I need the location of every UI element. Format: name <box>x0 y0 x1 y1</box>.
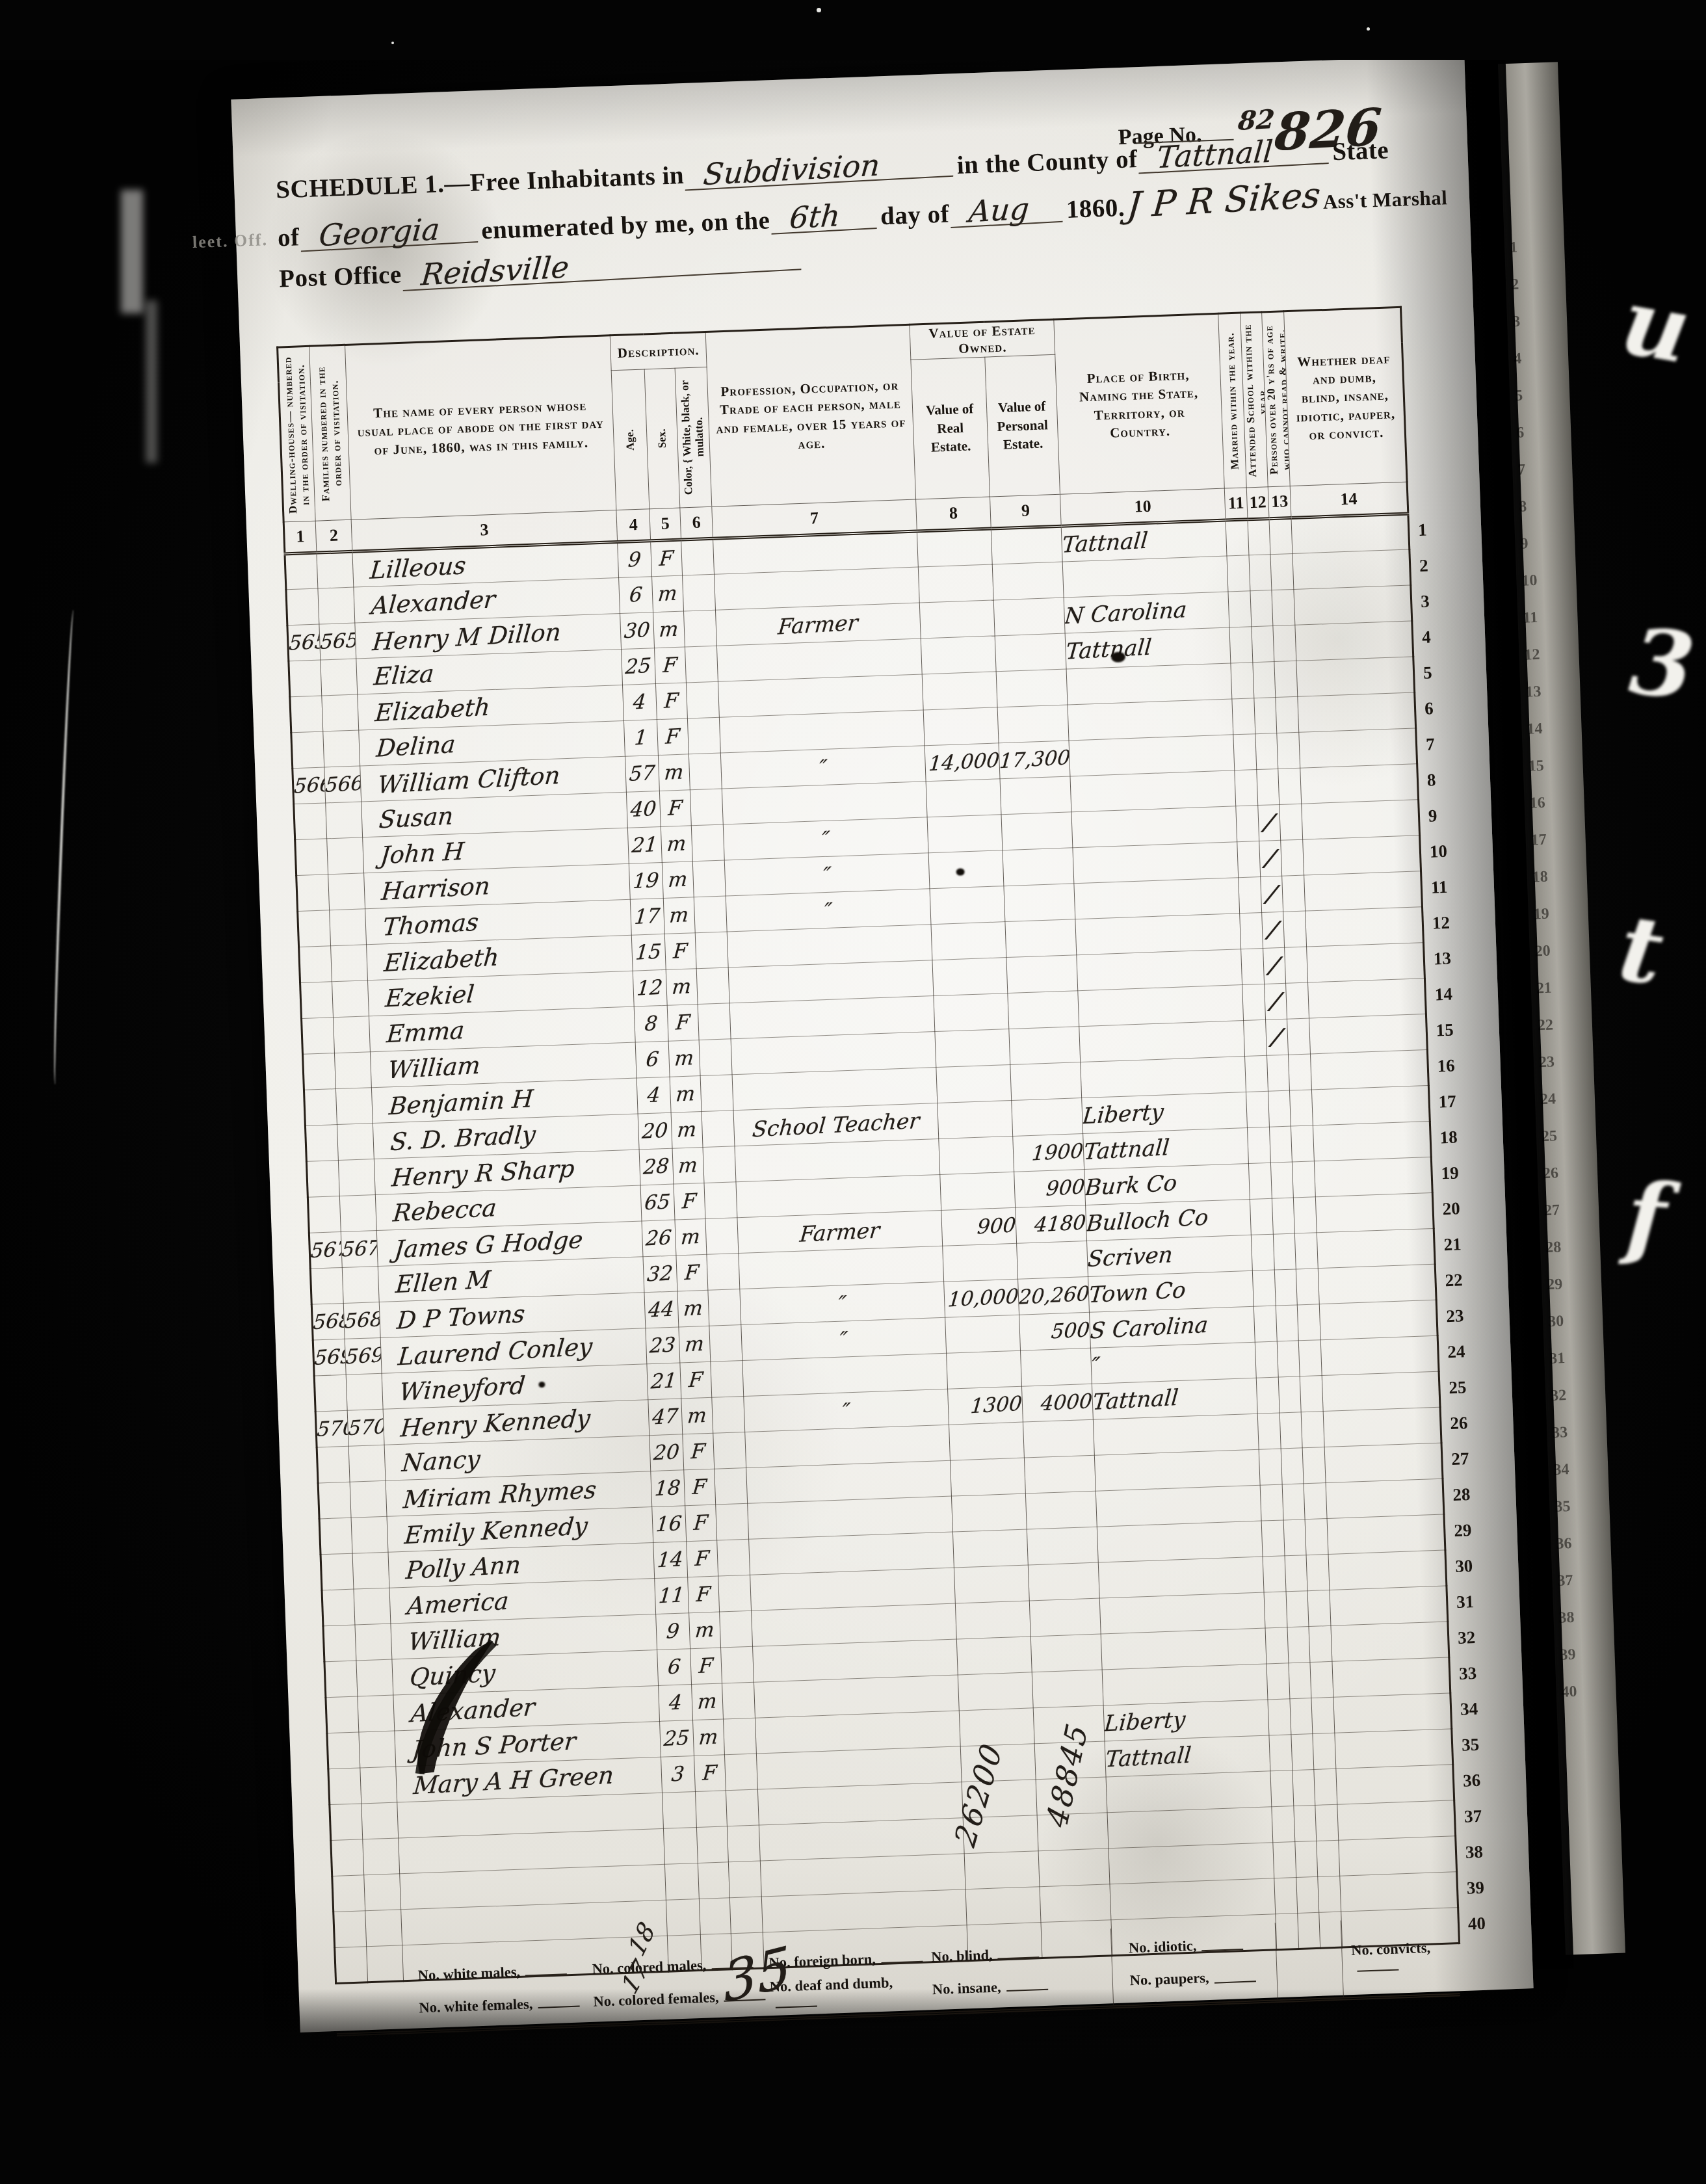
cell-real-estate <box>922 672 997 710</box>
cell-dwelling-number <box>330 1804 363 1841</box>
cell-illiterate <box>1289 1090 1313 1126</box>
cell-dwelling-number <box>331 1839 364 1876</box>
cell-family-number <box>327 837 364 875</box>
cell-color <box>705 1218 739 1255</box>
cell-married <box>1269 1735 1293 1771</box>
cell-color <box>718 1575 752 1612</box>
cell-remarks <box>1295 621 1413 661</box>
cell-birthplace: Tattnall <box>1105 1735 1270 1777</box>
cell-sex: m <box>675 1218 707 1256</box>
cell-sex: F <box>674 1183 705 1220</box>
cell-attended-school <box>1255 733 1278 769</box>
county-field: Tattnall <box>1138 135 1331 174</box>
cell-remarks <box>1313 1121 1431 1161</box>
line-number: 33 <box>1459 1663 1477 1684</box>
line-number: 14 <box>1434 984 1452 1005</box>
cell-personal-estate <box>1023 1419 1094 1458</box>
cell-family-number <box>352 1552 389 1589</box>
cell-personal-estate <box>1000 776 1071 815</box>
cell-remarks <box>1299 728 1417 768</box>
cell-remarks <box>1315 1192 1434 1232</box>
cell-age: 6 <box>635 1041 670 1078</box>
cell-married <box>1266 1663 1290 1700</box>
cell-sex: F <box>657 718 689 756</box>
cell-dwelling-number <box>322 1589 355 1626</box>
cell-attended-school: / <box>1266 1019 1289 1055</box>
cell-attended-school <box>1270 1162 1293 1198</box>
day-field: 6th <box>771 200 879 235</box>
cell-sex: F <box>680 1362 712 1399</box>
cell-birthplace <box>1106 1771 1272 1813</box>
page-no-handwritten-small: 82 <box>1237 104 1276 137</box>
line-number: 11 <box>1430 877 1448 898</box>
cell-family-number <box>334 1052 371 1089</box>
cell-real-estate <box>947 1350 1022 1389</box>
cell-real-estate <box>921 636 996 674</box>
cell-color <box>683 574 716 611</box>
column-number: 12 <box>1246 487 1269 520</box>
cell-sex: F <box>690 1648 722 1685</box>
column-number: 1 <box>283 521 317 554</box>
cell-illiterate <box>1300 1376 1323 1412</box>
cell-personal-estate: 17,300 <box>999 741 1070 779</box>
cell-age: 17 <box>630 898 664 935</box>
cell-married <box>1252 1270 1276 1306</box>
cell-dwelling-number <box>328 1768 361 1805</box>
cell-remarks <box>1302 800 1420 839</box>
column-number: 11 <box>1224 488 1248 520</box>
cell-attended-school <box>1248 519 1270 555</box>
cell-age: 21 <box>627 826 662 863</box>
cell-illiterate <box>1309 1625 1332 1662</box>
cell-sex: m <box>670 1076 702 1113</box>
cell-attended-school <box>1272 1198 1294 1234</box>
cell-married <box>1265 1627 1289 1664</box>
line-number: 5 <box>1423 663 1433 683</box>
cell-sex: m <box>663 897 695 934</box>
cell-real-estate <box>939 1136 1014 1174</box>
cell-personal-estate <box>1017 1241 1088 1279</box>
cell-remarks <box>1308 979 1426 1018</box>
line-number: 35 <box>1462 1735 1480 1756</box>
cell-color <box>716 1503 749 1540</box>
cell-married <box>1237 841 1261 878</box>
line-number: 30 <box>1455 1556 1473 1577</box>
cell-birthplace: Bulloch Co <box>1086 1199 1252 1241</box>
cell-birthplace <box>1077 949 1242 991</box>
group-header-estate: Value of Estate Owned. <box>910 319 1055 360</box>
state-label: State <box>1332 136 1389 166</box>
cell-married <box>1268 1699 1291 1735</box>
line-number: 21 <box>1443 1234 1462 1255</box>
cell-attended-school <box>1282 1484 1305 1520</box>
ink-smear <box>395 1632 544 1787</box>
film-frame-bottom <box>0 1989 1706 2184</box>
cell-real-estate <box>943 1243 1018 1282</box>
cell-illiterate <box>1282 875 1306 912</box>
cell-remarks <box>1330 1586 1448 1625</box>
subdivision-field: Subdivision <box>685 148 956 191</box>
cell-illiterate <box>1272 589 1295 625</box>
cell-illiterate <box>1317 1840 1340 1876</box>
cell-dwelling-number <box>308 1196 341 1233</box>
cell-married <box>1241 948 1265 984</box>
cell-family-number <box>348 1445 386 1482</box>
cell-married <box>1228 591 1252 627</box>
cell-married <box>1255 1341 1278 1378</box>
cell-real-estate <box>926 779 1001 817</box>
cell-illiterate <box>1302 1447 1326 1484</box>
cell-color <box>702 1111 735 1148</box>
cell-married <box>1239 877 1262 914</box>
column-number: 4 <box>616 509 651 542</box>
cell-age: 9 <box>618 541 652 578</box>
day-of-label: day of <box>880 200 949 231</box>
cell-married <box>1264 1592 1287 1628</box>
cell-age: 25 <box>660 1720 694 1757</box>
cell-family-number <box>354 1588 391 1625</box>
cell-married <box>1246 1091 1270 1127</box>
cell-personal-estate <box>1006 955 1078 993</box>
cell-birthplace: S Carolina <box>1090 1306 1255 1348</box>
cell-remarks <box>1322 1371 1440 1411</box>
cell-birthplace <box>1096 1485 1261 1527</box>
paupers-label: No. paupers, <box>1129 1969 1209 1989</box>
cell-family-number <box>317 551 354 588</box>
cell-attended-school <box>1294 1805 1317 1841</box>
column-number: 9 <box>990 494 1062 529</box>
cell-personal-estate <box>995 633 1066 672</box>
cell-family-number <box>326 802 363 839</box>
cell-sex: F <box>687 1540 718 1577</box>
cell-family-number <box>332 980 369 1018</box>
cell-color <box>692 860 726 897</box>
cell-dwelling-number: 570 <box>315 1410 348 1447</box>
cell-attended-school <box>1274 1269 1297 1306</box>
cell-sex: m <box>661 826 692 863</box>
tally-narrow-block <box>1275 1921 1343 2000</box>
group-header-description: Description. <box>610 332 707 371</box>
cell-real-estate <box>918 564 993 603</box>
cell-birthplace <box>1098 1557 1264 1598</box>
cell-attended-school <box>1252 626 1274 663</box>
cell-dwelling-number <box>302 1053 335 1090</box>
cell-illiterate <box>1315 1804 1339 1841</box>
cell-birthplace <box>1097 1521 1263 1562</box>
cell-age: 11 <box>655 1577 689 1614</box>
cell-attended-school <box>1286 1591 1309 1627</box>
cell-married <box>1235 770 1258 806</box>
film-mark-2: 3 <box>1625 608 1699 720</box>
cell-real-estate <box>927 815 1003 853</box>
line-number: 28 <box>1452 1484 1471 1505</box>
cell-personal-estate <box>1038 1849 1110 1887</box>
schedule-header: SCHEDULE 1.—Free Inhabitants in Subdivis… <box>276 133 1443 303</box>
cell-sex <box>695 1791 727 1828</box>
cell-age: 30 <box>620 612 655 650</box>
cell-illiterate <box>1305 1518 1328 1555</box>
cell-married <box>1226 520 1249 556</box>
cell-family-number <box>359 1731 396 1768</box>
film-mark-3: t <box>1613 895 1670 1006</box>
cell-color <box>698 1003 731 1040</box>
cell-remarks <box>1298 692 1416 732</box>
cell-married <box>1256 1377 1279 1414</box>
cell-family-number <box>331 945 368 982</box>
col-header-remarks: Whether deaf and dumb, blind, insane, id… <box>1284 307 1408 486</box>
cell-married <box>1242 984 1266 1020</box>
line-number: 34 <box>1460 1699 1478 1720</box>
cell-married <box>1260 1484 1283 1521</box>
cell-color <box>700 1075 733 1112</box>
cell-sex: m <box>693 1719 725 1756</box>
cell-illiterate <box>1314 1769 1337 1805</box>
line-number: 8 <box>1426 770 1436 790</box>
cell-color <box>726 1789 759 1826</box>
cell-real-estate <box>951 1458 1026 1496</box>
line-number: 31 <box>1456 1592 1475 1612</box>
cell-illiterate <box>1294 1233 1318 1269</box>
cell-personal-estate <box>1012 1098 1083 1137</box>
cell-dwelling-number <box>286 588 319 625</box>
line-number: 17 <box>1438 1091 1456 1112</box>
cell-remarks <box>1306 907 1424 947</box>
column-number: 8 <box>916 497 991 531</box>
cell-real-estate <box>955 1601 1030 1639</box>
cell-birthplace: Liberty <box>1082 1092 1248 1134</box>
cell-personal-estate <box>1001 812 1073 850</box>
cell-illiterate <box>1297 1304 1320 1341</box>
col-header-real-estate: Value of Real Estate. <box>911 357 990 499</box>
cell-family-number <box>323 730 360 767</box>
cell-remarks <box>1314 1157 1432 1196</box>
cell-family-number: 570 <box>347 1409 384 1446</box>
cell-family-number <box>321 659 358 696</box>
cell-family-number <box>338 1159 375 1196</box>
cell-age: 40 <box>626 791 661 828</box>
cell-remarks <box>1304 871 1423 911</box>
cell-birthplace <box>1068 699 1233 741</box>
cell-birthplace <box>1093 1414 1259 1455</box>
cell-remarks <box>1309 1014 1428 1054</box>
cell-dwelling-number <box>334 1911 367 1948</box>
cell-personal-estate <box>1040 1884 1111 1923</box>
cell-color <box>685 646 718 683</box>
cell-family-number <box>322 694 359 731</box>
cell-color <box>709 1325 742 1362</box>
cell-dwelling-number <box>296 875 330 912</box>
line-number: 23 <box>1446 1306 1464 1326</box>
cell-attended-school <box>1281 1448 1304 1484</box>
cell-dwelling-number <box>321 1553 354 1590</box>
cell-illiterate <box>1289 1054 1312 1090</box>
cell-age: 19 <box>629 862 663 899</box>
cell-age: 15 <box>631 934 666 971</box>
line-number: 27 <box>1451 1449 1469 1469</box>
cell-age: 18 <box>651 1470 685 1507</box>
cell-illiterate <box>1278 768 1302 804</box>
line-number: 39 <box>1466 1878 1484 1899</box>
cell-remarks <box>1303 835 1421 875</box>
convicts-label: No. convicts, <box>1351 1940 1431 1958</box>
cell-color <box>723 1718 756 1755</box>
cell-dwelling-number <box>318 1482 351 1519</box>
cell-remarks <box>1311 1085 1430 1125</box>
blind-label: No. blind, <box>931 1947 993 1965</box>
cell-dwelling-number: 569 <box>313 1339 346 1376</box>
cell-dwelling-number <box>332 1875 365 1912</box>
cell-sex: F <box>685 1505 717 1542</box>
cell-age: 6 <box>657 1649 692 1686</box>
cell-real-estate <box>940 1172 1016 1210</box>
cell-birthplace <box>1075 914 1241 955</box>
cell-age: 3 <box>661 1756 696 1793</box>
cell-married <box>1250 1198 1273 1235</box>
film-mark-1: u <box>1614 268 1698 384</box>
cell-illiterate <box>1296 1269 1319 1305</box>
cell-illiterate <box>1277 732 1300 769</box>
cell-family-number <box>350 1480 387 1518</box>
cell-personal-estate <box>996 669 1068 707</box>
cell-sex: F <box>667 1005 699 1042</box>
cell-personal-estate <box>1028 1562 1099 1601</box>
cell-remarks <box>1319 1300 1437 1339</box>
cell-dwelling-number <box>306 1161 339 1198</box>
cell-sex: m <box>679 1326 711 1363</box>
cell-birthplace <box>1070 770 1236 812</box>
cell-personal-estate: 4180 <box>1016 1205 1087 1243</box>
margin-bleed-text: leet. Off. <box>192 230 269 252</box>
cell-dwelling-number <box>302 1018 335 1055</box>
month-field: Aug <box>951 194 1065 228</box>
cell-sex: m <box>671 1112 703 1149</box>
cell-remarks <box>1327 1514 1445 1554</box>
cell-age <box>662 1792 696 1829</box>
cell-family-number <box>328 873 365 910</box>
column-number: 13 <box>1268 486 1291 519</box>
cell-sex: F <box>676 1254 708 1291</box>
cell-family-number <box>361 1802 399 1839</box>
line-number: 25 <box>1449 1377 1467 1398</box>
cell-dwelling-number <box>298 910 331 947</box>
cell-married <box>1259 1449 1282 1485</box>
cell-family-number <box>365 1910 402 1947</box>
cell-married <box>1233 734 1257 770</box>
cell-age: 16 <box>652 1506 687 1543</box>
year-label: 1860. <box>1066 194 1125 224</box>
cell-remarks <box>1318 1264 1436 1304</box>
cell-family-number <box>346 1373 383 1410</box>
cell-sex: m <box>677 1290 709 1327</box>
cell-attended-school <box>1289 1663 1311 1699</box>
cell-illiterate <box>1276 696 1299 733</box>
cell-attended-school: / <box>1259 840 1282 876</box>
col-header-occupation: Profession, Occupation, or Trade of each… <box>705 324 915 507</box>
cell-personal-estate: 500 <box>1019 1312 1091 1350</box>
cell-remarks <box>1320 1335 1439 1375</box>
cell-personal-estate <box>1027 1527 1098 1565</box>
cell-real-estate <box>917 529 992 567</box>
cell-age: 8 <box>634 1005 668 1042</box>
line-number: 16 <box>1437 1056 1455 1077</box>
column-number: 14 <box>1290 482 1408 518</box>
cell-color <box>707 1254 740 1291</box>
cell-color <box>727 1825 760 1862</box>
cell-sex <box>698 1862 729 1899</box>
line-number: 37 <box>1464 1806 1482 1827</box>
cell-remarks <box>1336 1765 1454 1804</box>
cell-color <box>724 1754 757 1791</box>
line-number: 38 <box>1465 1842 1484 1863</box>
cell-attended-school <box>1278 1376 1301 1413</box>
cell-color <box>708 1289 741 1326</box>
cell-color <box>711 1361 744 1398</box>
post-office-field: Reidsville <box>402 241 803 291</box>
cell-attended-school <box>1293 1769 1315 1806</box>
cell-personal-estate <box>992 562 1064 600</box>
cell-dwelling-number: 566 <box>293 767 326 804</box>
cell-dwelling-number <box>327 1732 360 1769</box>
line-number: 15 <box>1436 1020 1454 1041</box>
cell-personal-estate <box>1029 1598 1101 1637</box>
cell-dwelling-number <box>310 1267 343 1304</box>
cell-attended-school <box>1268 1090 1291 1127</box>
cell-age: 20 <box>650 1434 684 1471</box>
microfilm-background: leet. Off. u 3 t f 123456789101112131415… <box>0 0 1706 2184</box>
cell-dwelling-number <box>289 660 322 697</box>
line-number: 19 <box>1441 1163 1459 1183</box>
cell-dwelling-number <box>324 1661 358 1698</box>
cell-birthplace <box>1102 1664 1268 1705</box>
cell-real-estate <box>935 1029 1010 1068</box>
film-streak <box>121 190 143 313</box>
cell-family-number <box>360 1767 397 1804</box>
cell-color <box>687 717 720 754</box>
cell-sex: F <box>684 1469 716 1506</box>
cell-birthplace: Tattnall <box>1061 520 1227 562</box>
cell-illiterate <box>1270 553 1294 590</box>
line-number: 29 <box>1454 1520 1472 1541</box>
cell-birthplace: Tattnall <box>1065 627 1231 669</box>
cell-family-number <box>358 1695 395 1732</box>
cell-remarks <box>1328 1550 1447 1590</box>
cell-remarks <box>1331 1622 1449 1661</box>
cell-color <box>703 1146 736 1183</box>
cell-personal-estate <box>1030 1634 1102 1672</box>
cell-married <box>1227 555 1250 592</box>
cell-real-estate <box>919 600 995 638</box>
line-number: 2 <box>1419 556 1429 576</box>
cell-real-estate <box>923 707 999 746</box>
cell-dwelling-number <box>326 1696 359 1733</box>
cell-dwelling-number: 567 <box>309 1231 342 1269</box>
col-header-personal-estate: Value of Personal Estate. <box>985 354 1060 497</box>
line-number: 24 <box>1447 1341 1465 1362</box>
cell-age: 6 <box>619 577 653 614</box>
cell-attended-school: / <box>1263 947 1286 984</box>
line-number: 13 <box>1433 949 1451 969</box>
cell-real-estate <box>954 1565 1029 1603</box>
cell-attended-school <box>1291 1734 1314 1770</box>
cell-married <box>1245 1055 1268 1092</box>
cell-real-estate <box>928 850 1004 889</box>
cell-birthplace <box>1109 1843 1274 1884</box>
cell-attended-school <box>1287 1627 1310 1663</box>
cell-birthplace <box>1073 842 1239 884</box>
col-header-color: Color, { White, black, or mulatto. <box>675 367 712 508</box>
cell-dwelling-number <box>290 696 323 733</box>
county-label: in the County of <box>956 145 1138 179</box>
